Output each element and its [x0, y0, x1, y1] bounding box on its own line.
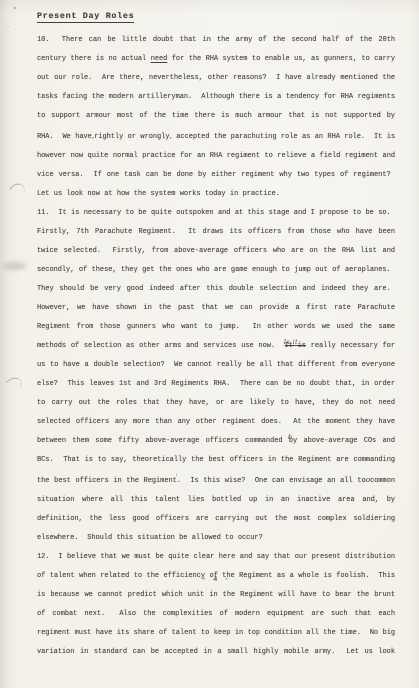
handwritten-annotation: ' — [176, 474, 178, 481]
typed-text: 12. I believe that we must be quite clea… — [37, 553, 395, 656]
typed-text: really necessary for us to have a double… — [37, 342, 395, 445]
document-body: 10. There can be little doubt that in th… — [37, 31, 395, 662]
pencil-dot-mark — [14, 7, 16, 9]
typed-text: accepted the parachuting role as an RHA … — [37, 133, 395, 198]
page-number: - 4 - — [37, 576, 395, 584]
pencil-arc-mark-upper — [7, 181, 27, 200]
typed-text: for the RHA system to enable us, as gunn… — [37, 55, 395, 141]
paragraph-12: 12. I believe that we must be quite clea… — [37, 548, 395, 662]
page-content: Present Day Roles 10. There can be littl… — [37, 5, 395, 662]
page-title: Present Day Roles — [37, 11, 134, 23]
underlined-word-need: need — [151, 55, 168, 63]
scanned-typewritten-page: Present Day Roles 10. There can be littl… — [0, 0, 419, 688]
paragraph-11: 11. It is necessary to be quite outspoke… — [37, 204, 395, 548]
pencil-smudge — [3, 262, 27, 270]
handwritten-annotation: Is it — [284, 339, 298, 346]
struck-through-phrase: It isIs it — [285, 342, 306, 350]
corrected-word-by: byb — [289, 437, 297, 445]
typed-text: rightly or wrongly — [94, 133, 169, 141]
typed-text: Is this wise? One can envisage an all to — [181, 477, 366, 485]
pencil-tick-mark: · — [7, 24, 13, 31]
pencil-arc-mark-lower — [3, 376, 23, 394]
typed-text: 11. It is necessary to be quite outspoke… — [37, 209, 395, 350]
typed-text: common situation where all this talent l… — [37, 477, 395, 542]
period-with-pencil-mark: .' — [177, 477, 181, 485]
handwritten-annotation: b — [288, 434, 292, 441]
paragraph-10: 10. There can be little doubt that in th… — [37, 31, 395, 204]
